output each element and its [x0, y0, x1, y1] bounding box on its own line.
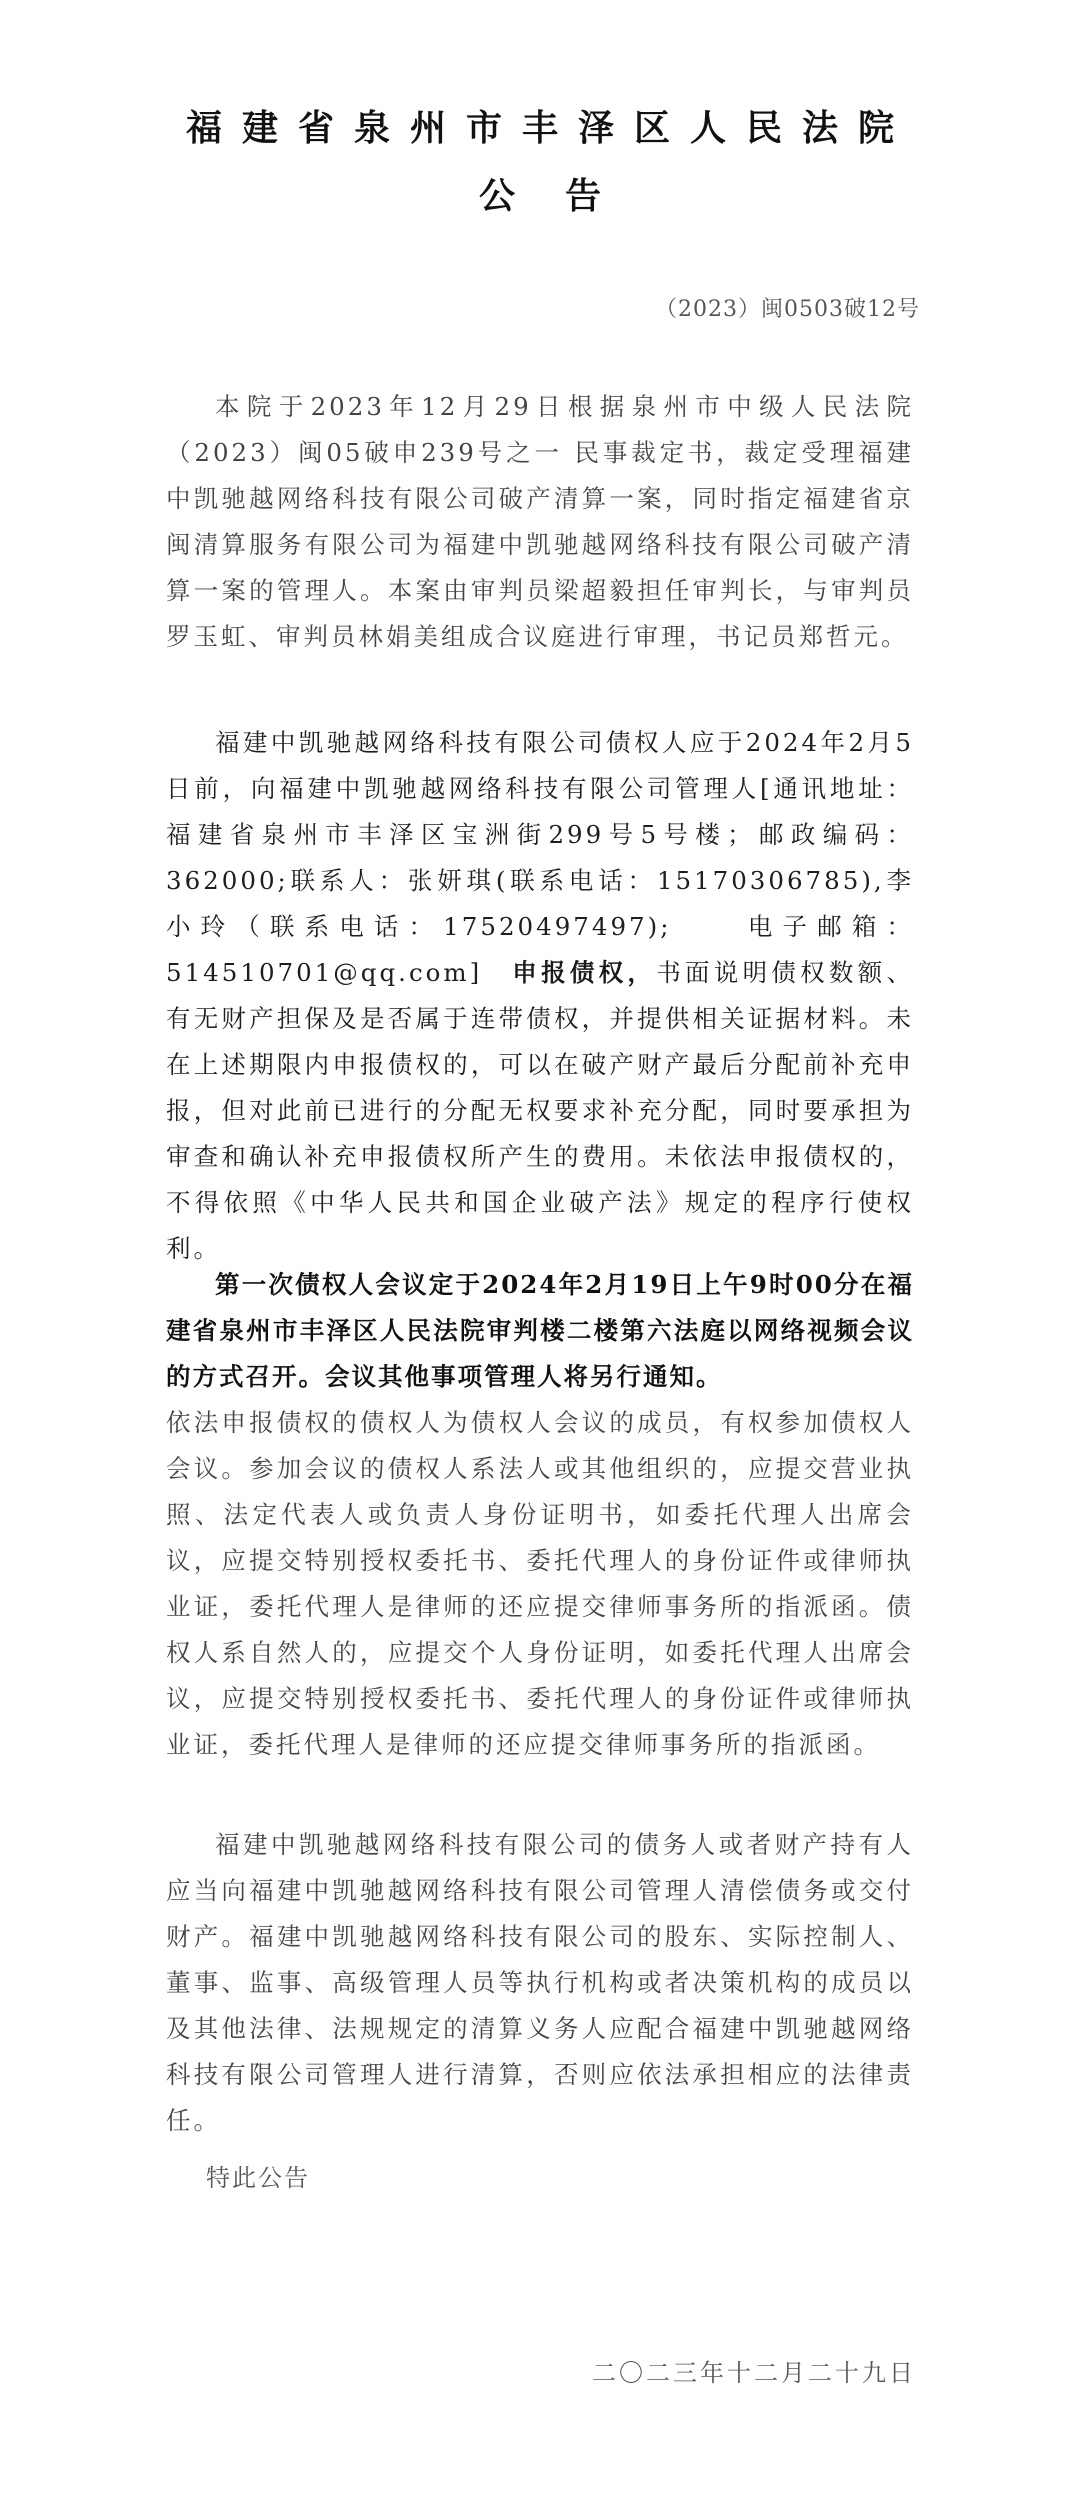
claim-filing-contact-info: 福建中凯驰越网络科技有限公司债权人应于2024年2月5日前，向福建中凯驰越网络科…: [166, 728, 914, 987]
paragraph-meeting-attendance: 依法申报债权的债权人为债权人会议的成员，有权参加债权人会议。参加会议的债权人系法…: [166, 1400, 914, 1768]
paragraph-debtor-obligations: 福建中凯驰越网络科技有限公司的债务人或者财产持有人应当向福建中凯驰越网络科技有限…: [166, 1822, 914, 2144]
paragraph-case-acceptance: 本院于2023年12月29日根据泉州市中级人民法院（2023）闽05破申239号…: [166, 384, 914, 660]
paragraph-first-creditors-meeting: 第一次债权人会议定于2024年2月19日上午9时00分在福建省泉州市丰泽区人民法…: [166, 1262, 914, 1400]
paragraph-claim-filing: 福建中凯驰越网络科技有限公司债权人应于2024年2月5日前，向福建中凯驰越网络科…: [166, 720, 914, 1272]
claim-filing-emphasis: 申报债权，: [512, 958, 656, 987]
claim-filing-requirements: 书面说明债权数额、有无财产担保及是否属于连带债权，并提供相关证据材料。未在上述期…: [166, 958, 914, 1263]
closing-statement: 特此公告: [206, 2158, 310, 2193]
issue-date: 二〇二三年十二月二十九日: [592, 2353, 916, 2388]
document-type-heading: 公告: [0, 168, 1080, 219]
court-name-heading: 福建省泉州市丰泽区人民法院: [0, 100, 1080, 151]
case-number: （2023）闽0503破12号: [655, 292, 920, 323]
court-announcement-page: 福建省泉州市丰泽区人民法院 公告 （2023）闽0503破12号 本院于2023…: [0, 0, 1080, 2498]
